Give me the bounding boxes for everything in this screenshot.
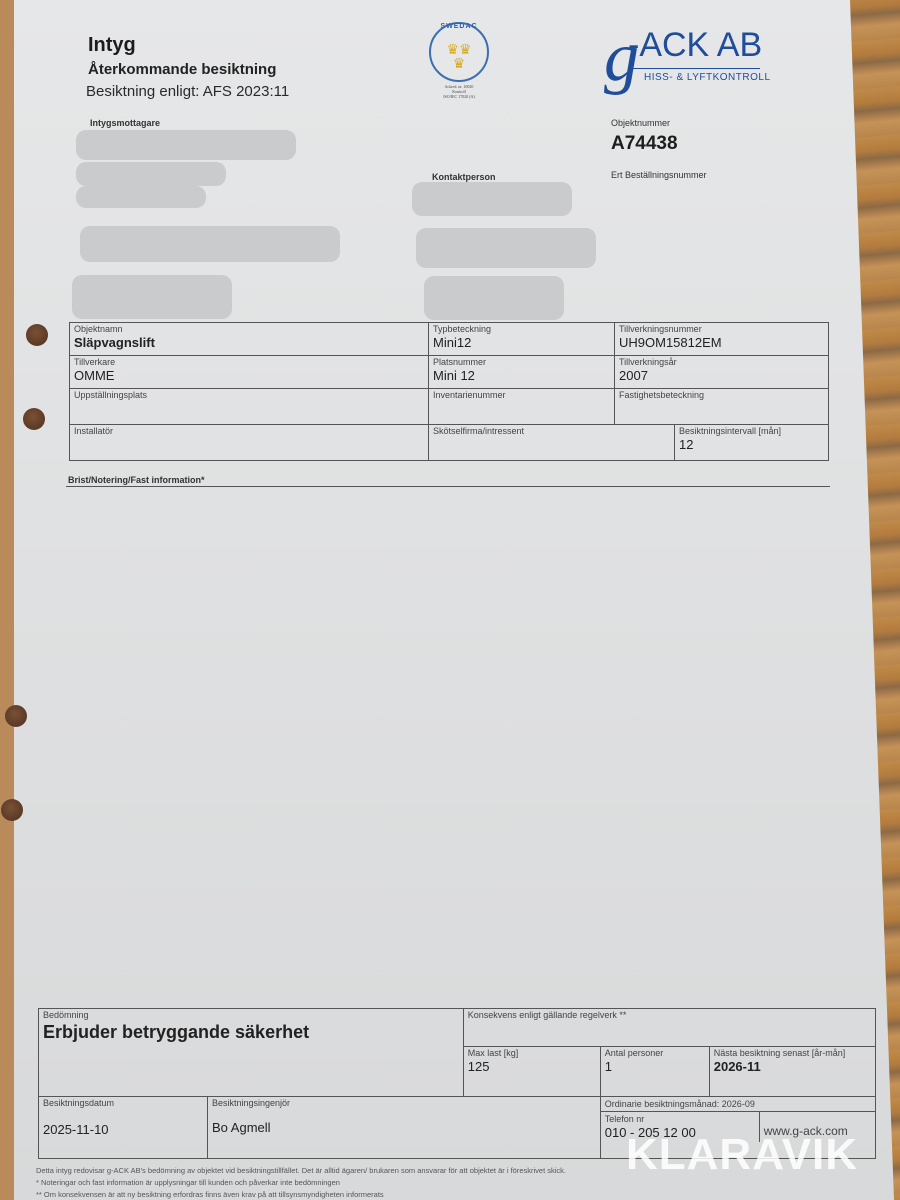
redacted-field: [416, 228, 596, 268]
assessment-cell: Bedömning Erbjuder betryggande säkerhet: [39, 1009, 464, 1097]
seal-name: SWEDAC: [431, 23, 487, 30]
footnote: * Noteringar och fast information är upp…: [36, 1178, 340, 1187]
watermark: KLARAVIK: [626, 1130, 858, 1180]
document-title: Intyg: [88, 34, 136, 57]
location-number-label: Platsnummer: [433, 357, 610, 367]
next-inspection-value: 2026-11: [714, 1059, 871, 1074]
inventory-label: Inventarienummer: [433, 390, 610, 400]
contact-person-label: Kontaktperson: [432, 172, 496, 182]
regulation-reference: Besiktning enligt: AFS 2023:11: [86, 83, 289, 100]
three-crowns-icon: ♛♛♛: [431, 42, 487, 70]
type-label: Typbeteckning: [433, 324, 610, 334]
redacted-field: [80, 226, 340, 262]
maintenance-label: Skötselfirma/intressent: [433, 426, 670, 436]
object-number: A74438: [611, 133, 678, 155]
object-name-cell: Objektnamn Släpvagnslift: [70, 323, 429, 356]
next-inspection-label: Nästa besiktning senast [år-mån]: [714, 1048, 871, 1058]
year-label: Tillverkningsår: [619, 357, 824, 367]
property-label: Fastighetsbeteckning: [619, 390, 824, 400]
redacted-field: [76, 186, 206, 208]
notes-divider: [66, 486, 830, 487]
recipient-label: Intygsmottagare: [90, 118, 160, 128]
interval-cell: Besiktningsintervall [mån] 12: [675, 425, 829, 461]
document-subtitle: Återkommande besiktning: [88, 61, 276, 78]
property-cell: Fastighetsbeteckning: [615, 389, 829, 425]
footnote: ** Om konsekvensen är att ny besiktning …: [36, 1190, 384, 1199]
redacted-field: [76, 162, 226, 186]
engineer-label: Besiktningsingenjör: [212, 1098, 596, 1108]
persons-cell: Antal personer 1: [600, 1047, 709, 1097]
persons-value: 1: [605, 1059, 705, 1074]
max-load-cell: Max last [kg] 125: [463, 1047, 600, 1097]
manufacturer-value: OMME: [74, 368, 424, 383]
redacted-field: [412, 182, 572, 216]
swedac-accreditation-seal: SWEDAC ♛♛♛ Ackred. nr. 10020 Kontroll IS…: [424, 22, 494, 102]
installer-cell: Installatör: [70, 425, 429, 461]
engineer-cell: Besiktningsingenjör Bo Agmell: [208, 1097, 601, 1159]
notes-label: Brist/Notering/Fast information*: [68, 475, 205, 485]
max-load-value: 125: [468, 1059, 596, 1074]
installer-label: Installatör: [74, 426, 424, 436]
engineer-value: Bo Agmell: [212, 1120, 596, 1135]
order-number-label: Ert Beställningsnummer: [611, 170, 707, 180]
company-logo: g -ACK AB HISS- & LYFTKONTROLL: [604, 24, 784, 104]
manufacturer-cell: Tillverkare OMME: [70, 356, 429, 389]
max-load-label: Max last [kg]: [468, 1048, 596, 1058]
serial-value: UH9OM15812EM: [619, 335, 824, 350]
punch-hole: [26, 324, 48, 346]
persons-label: Antal personer: [605, 1048, 705, 1058]
redacted-field: [72, 275, 232, 319]
redacted-field: [76, 130, 296, 160]
interval-label: Besiktningsintervall [mån]: [679, 426, 824, 436]
redacted-field: [424, 276, 564, 320]
footnote: Detta intyg redovisar g-ACK AB's bedömni…: [36, 1166, 566, 1175]
type-value: Mini12: [433, 335, 610, 350]
logo-name: -ACK AB: [628, 26, 762, 65]
serial-cell: Tillverkningsnummer UH9OM15812EM: [615, 323, 829, 356]
installation-site-label: Uppställningsplats: [74, 390, 424, 400]
maintenance-cell: Skötselfirma/intressent: [429, 425, 675, 461]
year-value: 2007: [619, 368, 824, 383]
inspection-date-cell: Besiktningsdatum 2025-11-10: [39, 1097, 208, 1159]
object-name-label: Objektnamn: [74, 324, 424, 334]
next-inspection-cell: Nästa besiktning senast [år-mån] 2026-11: [709, 1047, 875, 1097]
seal-fine-line: ISO/IEC 17020 (A): [424, 94, 494, 99]
assessment-label: Bedömning: [43, 1010, 459, 1020]
location-number-value: Mini 12: [433, 368, 610, 383]
manufacturer-label: Tillverkare: [74, 357, 424, 367]
inventory-cell: Inventarienummer: [429, 389, 615, 425]
punch-hole: [1, 799, 23, 821]
installation-site-cell: Uppställningsplats: [70, 389, 429, 425]
inspection-date-value: 2025-11-10: [43, 1122, 203, 1137]
interval-value: 12: [679, 437, 824, 452]
object-info-table: Objektnamn Släpvagnslift Typbeteckning M…: [69, 322, 829, 461]
punch-hole: [5, 705, 27, 727]
ordinary-month: Ordinarie besiktningsmånad: 2026-09: [601, 1097, 875, 1112]
consequence-label: Konsekvens enligt gällande regelverk **: [468, 1010, 871, 1020]
logo-rule: [628, 68, 760, 69]
inspection-date-label: Besiktningsdatum: [43, 1098, 203, 1108]
location-number-cell: Platsnummer Mini 12: [429, 356, 615, 389]
year-cell: Tillverkningsår 2007: [615, 356, 829, 389]
consequence-cell: Konsekvens enligt gällande regelverk **: [463, 1009, 875, 1047]
phone-label: Telefon nr: [605, 1114, 755, 1124]
assessment-value: Erbjuder betryggande säkerhet: [43, 1022, 459, 1043]
serial-label: Tillverkningsnummer: [619, 324, 824, 334]
object-number-label: Objektnummer: [611, 118, 670, 128]
logo-tagline: HISS- & LYFTKONTROLL: [644, 72, 771, 83]
punch-hole: [23, 408, 45, 430]
type-cell: Typbeteckning Mini12: [429, 323, 615, 356]
object-name-value: Släpvagnslift: [74, 335, 424, 350]
